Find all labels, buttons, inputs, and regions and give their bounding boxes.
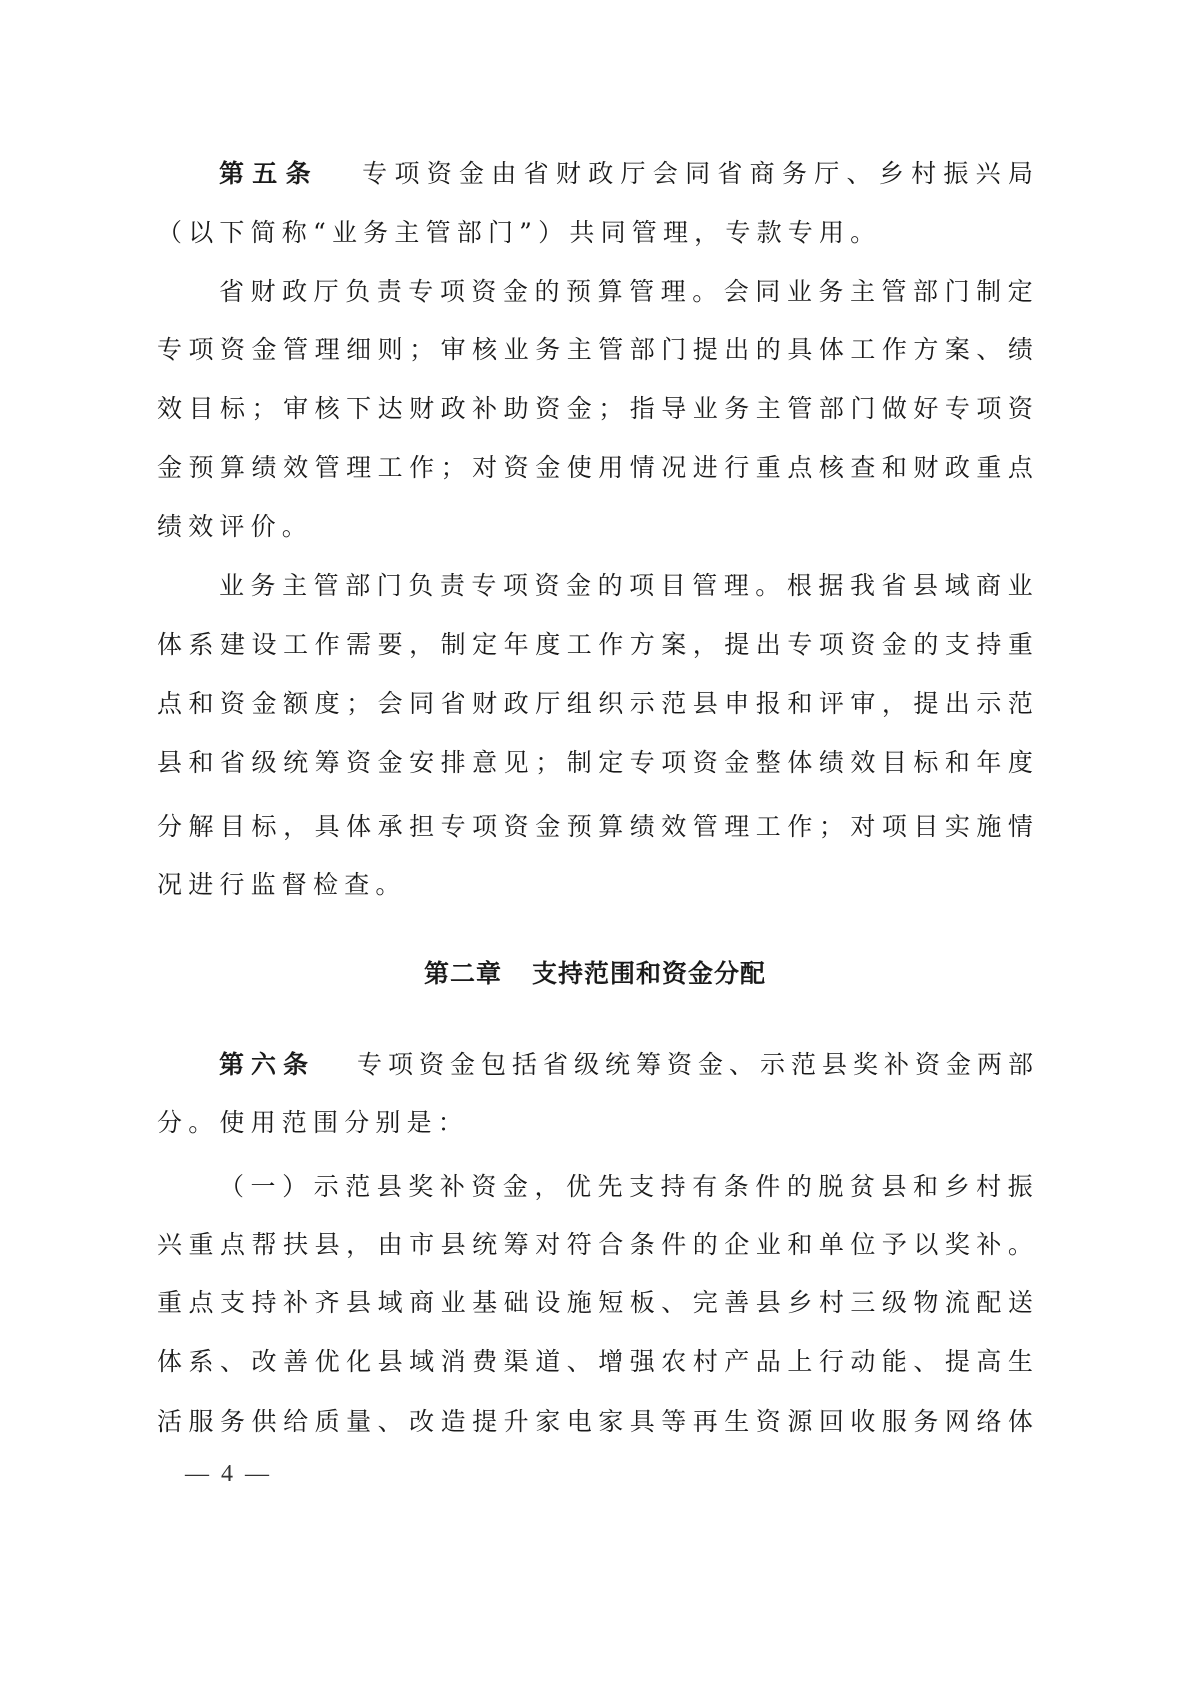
article-5-label: 第五条 xyxy=(219,159,319,188)
business-paragraph-line-4: 县和省级统筹资金安排意见；制定专项资金整体绩效目标和年度 xyxy=(157,746,1033,780)
chapter-title: 支持范围和资金分配 xyxy=(532,959,766,988)
finance-paragraph-line-5: 绩效评价。 xyxy=(157,510,1033,544)
article-5-text: 专项资金由省财政厅会同省商务厅、乡村振兴局 xyxy=(355,159,1033,188)
article-6-text: 专项资金包括省级统筹资金、示范县奖补资金两部 xyxy=(351,1050,1033,1079)
article-6-label: 第六条 xyxy=(219,1050,315,1079)
chapter-number: 第二章 xyxy=(424,959,502,988)
article-5-line-2: （以下简称“业务主管部门”）共同管理，专款专用。 xyxy=(157,216,1033,250)
finance-paragraph-line-3: 效目标；审核下达财政补助资金；指导业务主管部门做好专项资 xyxy=(157,392,1033,426)
item-1-line-2: 兴重点帮扶县，由市县统筹对符合条件的企业和单位予以奖补。 xyxy=(157,1228,1033,1262)
business-paragraph-line-5: 分解目标，具体承担专项资金预算绩效管理工作；对项目实施情 xyxy=(157,810,1033,844)
item-1-line-5: 活服务供给质量、改造提升家电家具等再生资源回收服务网络体 xyxy=(157,1405,1033,1439)
article-6-line-2: 分。使用范围分别是： xyxy=(157,1106,1033,1140)
finance-paragraph-line-1: 省财政厅负责专项资金的预算管理。会同业务主管部门制定 xyxy=(219,275,1033,309)
finance-paragraph-line-4: 金预算绩效管理工作；对资金使用情况进行重点核查和财政重点 xyxy=(157,451,1033,485)
business-paragraph-line-1: 业务主管部门负责专项资金的项目管理。根据我省县域商业 xyxy=(219,569,1033,603)
item-1-line-4: 体系、改善优化县域消费渠道、增强农村产品上行动能、提高生 xyxy=(157,1345,1033,1379)
article-5-line-1: 第五条专项资金由省财政厅会同省商务厅、乡村振兴局 xyxy=(219,157,1033,191)
business-paragraph-line-6: 况进行监督检查。 xyxy=(157,868,1033,902)
business-paragraph-line-3: 点和资金额度；会同省财政厅组织示范县申报和评审，提出示范 xyxy=(157,687,1033,721)
article-6-line-1: 第六条专项资金包括省级统筹资金、示范县奖补资金两部 xyxy=(219,1048,1033,1082)
chapter-heading: 第二章支持范围和资金分配 xyxy=(0,957,1190,991)
document-page: 第五条专项资金由省财政厅会同省商务厅、乡村振兴局 （以下简称“业务主管部门”）共… xyxy=(0,0,1190,1682)
finance-paragraph-line-2: 专项资金管理细则；审核业务主管部门提出的具体工作方案、绩 xyxy=(157,333,1033,367)
item-1-line-1: （一）示范县奖补资金，优先支持有条件的脱贫县和乡村振 xyxy=(219,1170,1033,1204)
item-1-line-3: 重点支持补齐县域商业基础设施短板、完善县乡村三级物流配送 xyxy=(157,1286,1033,1320)
page-number: — 4 — xyxy=(185,1459,269,1489)
business-paragraph-line-2: 体系建设工作需要，制定年度工作方案，提出专项资金的支持重 xyxy=(157,628,1033,662)
